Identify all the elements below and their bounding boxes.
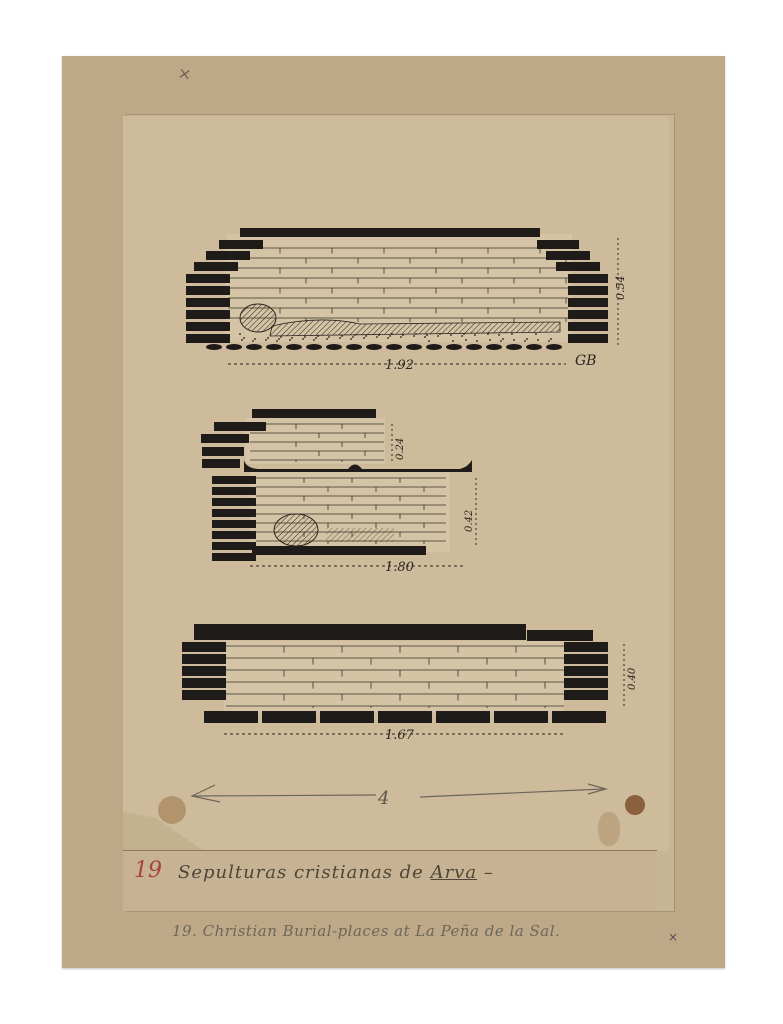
tomb-3-drawing: 1.67 0.40 xyxy=(182,624,638,743)
tomb-2-upper-height: 0.24 xyxy=(395,438,406,460)
tomb-3-length: 1.67 xyxy=(385,728,415,743)
caption-trailing-dash: – xyxy=(484,862,494,883)
caption-number: 19 xyxy=(134,858,162,883)
signature: GB xyxy=(575,353,596,369)
tomb-2-length: 1.80 xyxy=(385,560,414,575)
tomb-1-drawing: 1.92 0.54 GB xyxy=(186,228,627,373)
bottom-x-mark: × xyxy=(668,930,678,944)
caption-title: Sepulturas cristianas de Arva – xyxy=(178,862,494,883)
tomb-1-length: 1.92 xyxy=(385,358,414,373)
tomb-1-height: 0.54 xyxy=(614,276,627,301)
tomb-2-drawing: 1.80 0.24 0.42 xyxy=(201,409,476,575)
mount-caption: 19. Christian Burial-places at La Peña d… xyxy=(172,922,560,940)
pencil-scale-arrow xyxy=(192,784,606,802)
pencil-scale-number: 4 xyxy=(377,788,389,809)
tomb-3-height: 0.40 xyxy=(627,667,638,690)
caption-title-prefix: Sepulturas cristianas de xyxy=(178,862,424,883)
tomb-2-lower-height: 0.42 xyxy=(464,510,475,532)
caption-title-place: Arva xyxy=(431,862,478,883)
